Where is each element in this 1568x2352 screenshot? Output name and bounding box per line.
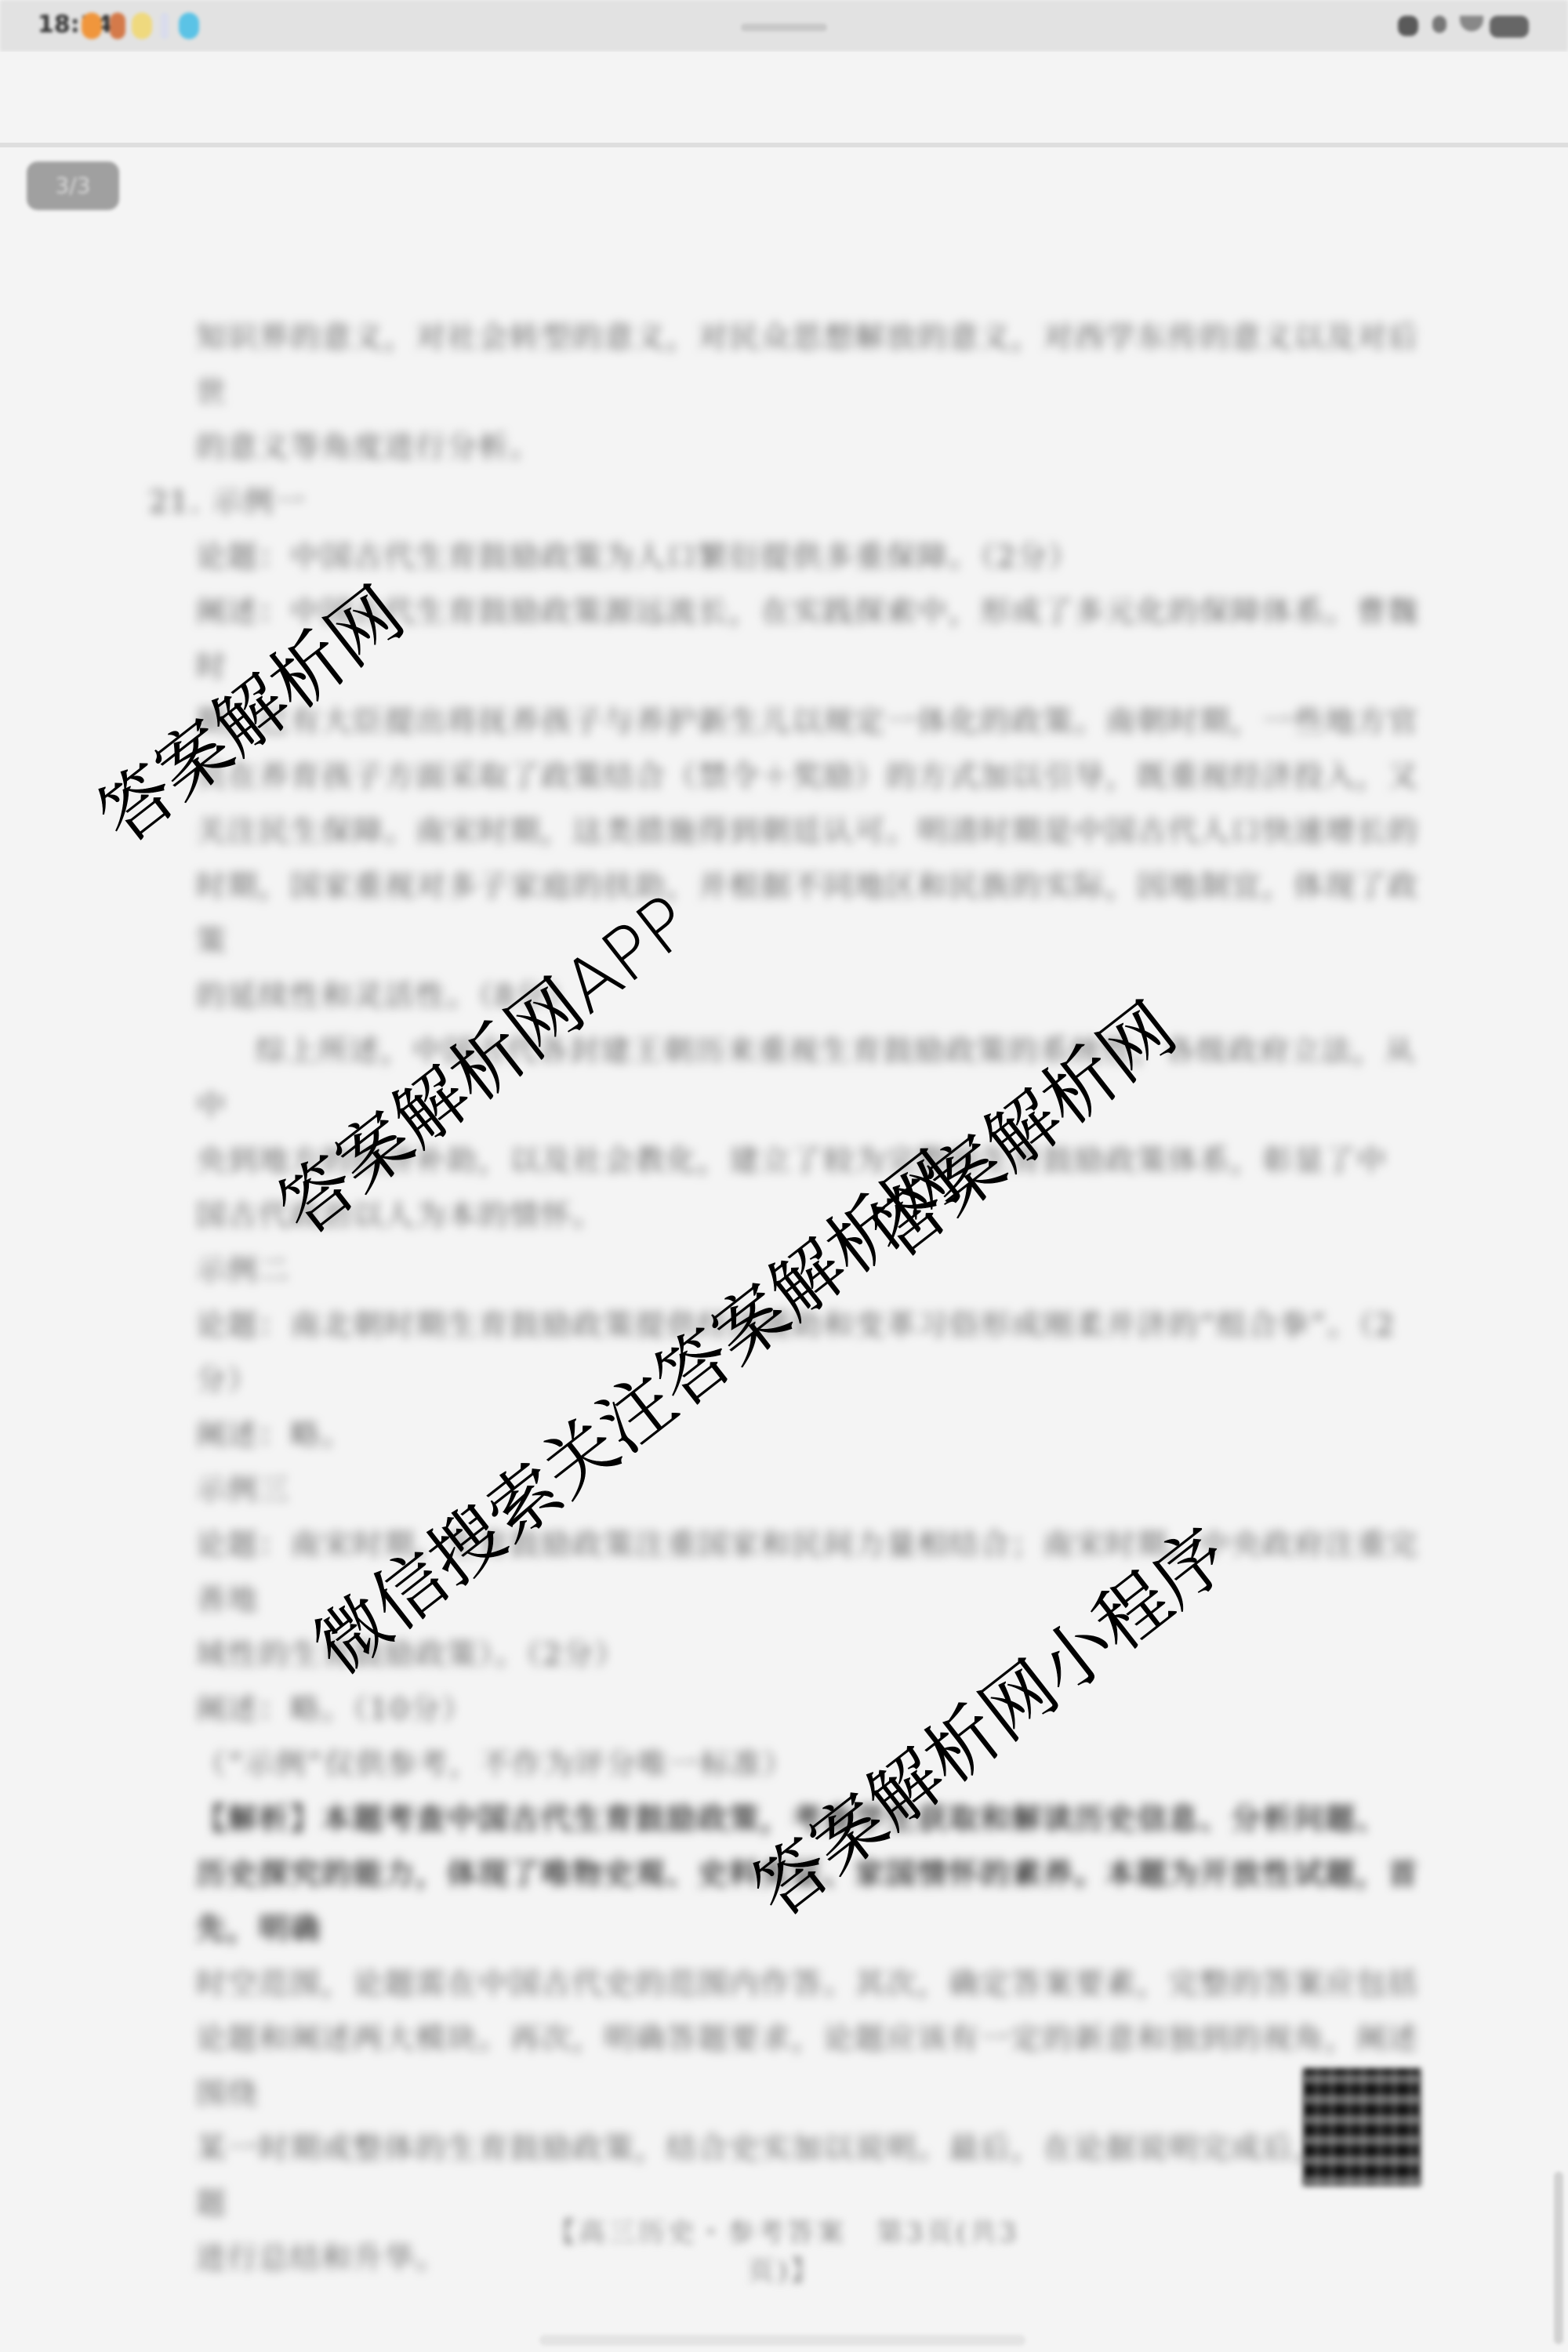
viewer-toolbar (0, 52, 1568, 147)
document-line: 关注民生保障。南宋时期，这类措施得到朝廷认可。明清时期是中国古代人口快速增长的 (196, 804, 1419, 858)
multitask-handle[interactable] (741, 24, 827, 31)
page-footer: 【高三历史・参考答案 第3页(共3页)】 (533, 2211, 1035, 2288)
document-line: （“示例”仅供参考，不作为评分唯一标准） (196, 1737, 1419, 1791)
signal-icon (1398, 16, 1418, 36)
status-bar: 18:14 (0, 0, 1568, 52)
dot-icon (1432, 16, 1446, 33)
document-line: 阐述：略。（10分） (196, 1682, 1419, 1737)
document-line: 时空范围，论题需在中国古代史的范围内作答。其次，确定答案要素，完整的答案应包括 (196, 1956, 1419, 2011)
app-icon-red (110, 13, 125, 39)
document-line: 的意义等角度进行分析。 (196, 419, 1419, 474)
home-indicator[interactable] (539, 2335, 1025, 2346)
app-icon-small (161, 13, 169, 39)
page-indicator-badge: 3/3 (27, 162, 119, 210)
app-icon-orange (82, 13, 102, 39)
document-line: 员在养育孩子方面采取了政策结合（禁令＋奖励）的方式加以引导，既重视经济投入，又 (196, 749, 1419, 804)
battery-icon (1490, 16, 1529, 38)
document-line: 阐述：略。 (196, 1407, 1419, 1462)
qr-code-pattern (1303, 2068, 1421, 2186)
scrollbar[interactable] (1554, 2172, 1563, 2344)
document-line: 知识界的意义，对社会转型的意义，对民众思想解放的意义，对西学东传的意义以及对后世 (196, 310, 1419, 419)
wifi-icon (1460, 16, 1483, 31)
document-line: 的延续性和灵活性。（8分） (196, 968, 1419, 1023)
document-line: 论题和阐述两大模块。再次，明确答题要求，论题应该有一定的新意和独到的视角，阐述围… (196, 2011, 1419, 2121)
document-line: 期，已有大臣提出将抚养孩子与养护新生儿以规定一体化的政策。南朝时期，一些地方官 (196, 694, 1419, 749)
document-line: 论题：中国古代生育鼓励政策为人口繁衍提供多重保障。（2分） (196, 529, 1419, 584)
document-line: 示例三 (196, 1462, 1419, 1517)
app-icon-yellow (132, 13, 152, 39)
app-icon-blue (179, 13, 199, 39)
document-line: 时期，国家重视对多子家庭的扶助，并根据不同地区和民族的实际，因地制宜，体现了政策 (196, 858, 1419, 968)
question-number-line: 21. 示例一 (149, 474, 1419, 529)
